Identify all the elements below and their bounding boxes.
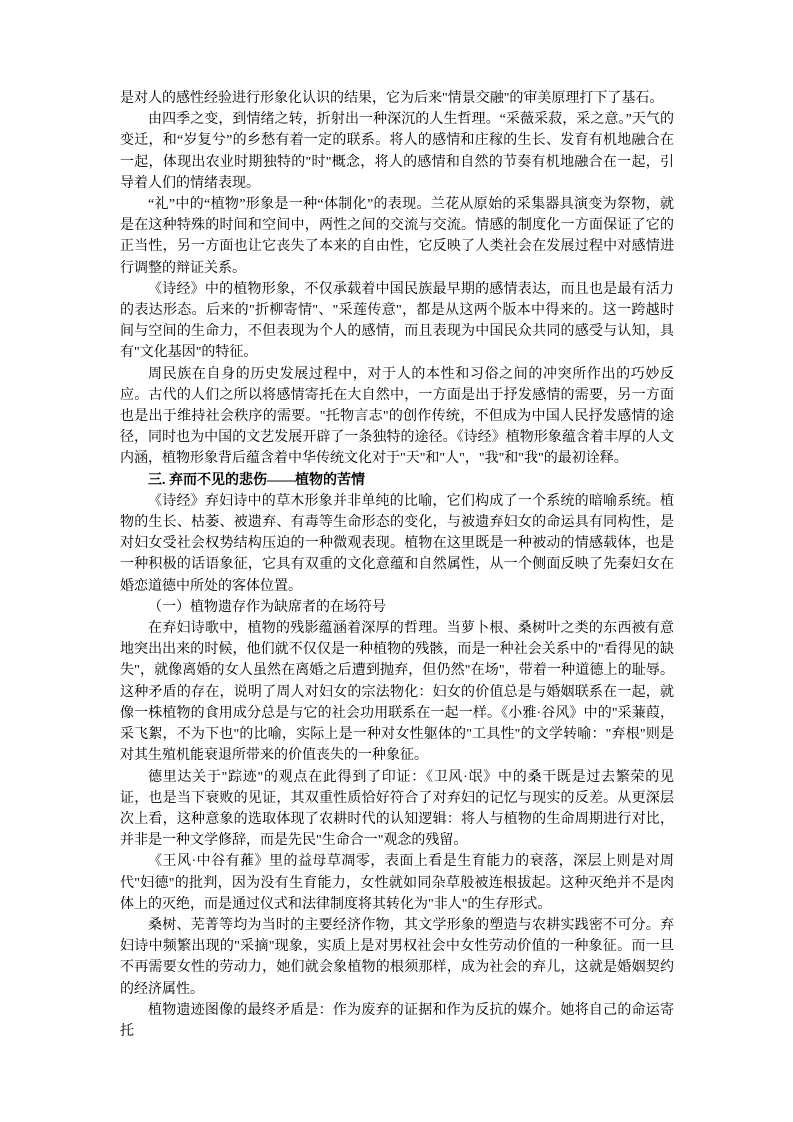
paragraph: 《诗经》中的植物形象，不仅承载着中国民族最早期的感情表达，而且也是最有活力的表达… <box>120 279 674 364</box>
paragraph-cutoff: 植物遗迹图像的最终矛盾是：作为废弃的证据和作为反抗的媒介。她将自己的命运寄托 <box>120 1000 674 1042</box>
section-heading: 三. 弃而不见的悲伤——植物的苦情 <box>120 470 674 491</box>
paragraph: “礼”中的“植物”形象是一种“体制化”的表现。兰花从原始的采集器具演变为祭物，就… <box>120 194 674 279</box>
paragraph: 德里达关于"踪迹"的观点在此得到了印证：《卫风·氓》中的桑干既是过去繁荣的见证，… <box>120 767 674 852</box>
paragraph: 在弃妇诗歌中，植物的残影蕴涵着深厚的哲理。当萝卜根、桑树叶之类的东西被有意地突出… <box>120 618 674 766</box>
paragraph: 《王风·中谷有蓷》里的益母草凋零，表面上看是生育能力的衰落，深层上则是对周代"妇… <box>120 851 674 915</box>
document-page: 是对人的感性经验进行形象化认识的结果，它为后来"情景交融"的审美原理打下了基石。… <box>0 0 793 1122</box>
paragraph: 由四季之变，到情绪之转，折射出一种深沉的人生哲理。“采薇采菽，采之意。”天气的变… <box>120 109 674 194</box>
paragraph-continuation: 是对人的感性经验进行形象化认识的结果，它为后来"情景交融"的审美原理打下了基石。 <box>120 88 674 109</box>
paragraph: 《诗经》弃妇诗中的草木形象并非单纯的比喻，它们构成了一个系统的暗喻系统。植物的生… <box>120 491 674 597</box>
paragraph: 桑树、芜菁等均为当时的主要经济作物，其文学形象的塑造与农耕实践密不可分。弃妇诗中… <box>120 915 674 1000</box>
paragraph: 周民族在自身的历史发展过程中，对于人的本性和习俗之间的冲突所作出的巧妙反应。古代… <box>120 364 674 470</box>
subsection-heading: （一）植物遗存作为缺席者的在场符号 <box>120 597 674 618</box>
